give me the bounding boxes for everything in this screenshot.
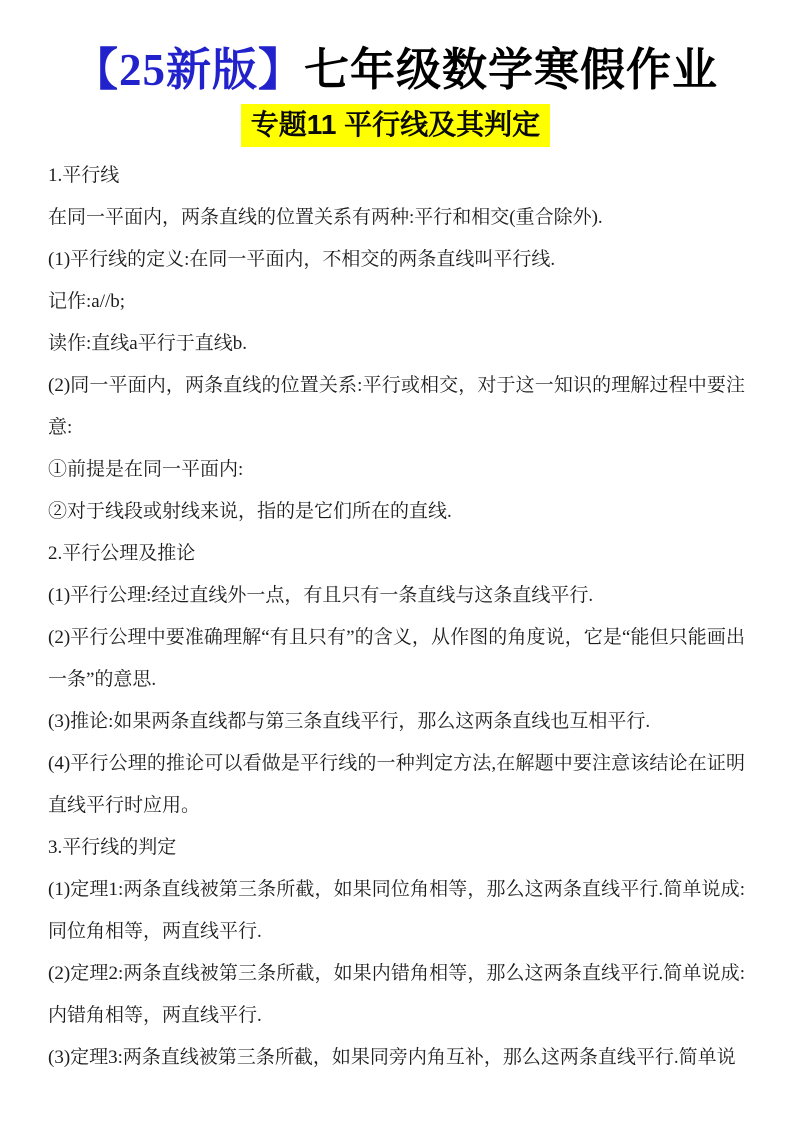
paragraph: (1)平行公理:经过直线外一点，有且只有一条直线与这条直线平行. [48, 575, 745, 617]
paragraph: 2.平行公理及推论 [48, 533, 745, 575]
paragraph: (2)同一平面内，两条直线的位置关系:平行或相交，对于这一知识的理解过程中要注意… [48, 365, 745, 449]
worksheet-page: 【25新版】七年级数学寒假作业 专题11 平行线及其判定 1.平行线在同一平面内… [0, 0, 791, 1122]
paragraph: (4)平行公理的推论可以看做是平行线的一种判定方法,在解题中要注意该结论在证明直… [48, 743, 745, 827]
paragraph: 在同一平面内，两条直线的位置关系有两种:平行和相交(重合除外). [48, 197, 745, 239]
subtitle-row: 专题11 平行线及其判定 [0, 104, 791, 147]
topic-subtitle: 专题11 平行线及其判定 [241, 104, 550, 147]
paragraph: (2)定理2:两条直线被第三条所截，如果内错角相等，那么这两条直线平行.简单说成… [48, 953, 745, 1037]
document-title: 【25新版】七年级数学寒假作业 [0, 40, 791, 100]
paragraph: 1.平行线 [48, 155, 745, 197]
paragraph: ①前提是在同一平面内: [48, 449, 745, 491]
title-main-text: 七年级数学寒假作业 [304, 45, 718, 95]
paragraph: (1)定理1:两条直线被第三条所截，如果同位角相等，那么这两条直线平行.简单说成… [48, 869, 745, 953]
body-text: 1.平行线在同一平面内，两条直线的位置关系有两种:平行和相交(重合除外).(1)… [0, 155, 791, 1079]
paragraph: ②对于线段或射线来说，指的是它们所在的直线. [48, 491, 745, 533]
paragraph: 读作:直线a平行于直线b. [48, 323, 745, 365]
paragraph: 记作:a//b; [48, 281, 745, 323]
paragraph: (3)推论:如果两条直线都与第三条直线平行，那么这两条直线也互相平行. [48, 701, 745, 743]
paragraph: (1)平行线的定义:在同一平面内，不相交的两条直线叫平行线. [48, 239, 745, 281]
paragraph: (2)平行公理中要准确理解“有且只有”的含义，从作图的角度说，它是“能但只能画出… [48, 617, 745, 701]
paragraph: 3.平行线的判定 [48, 827, 745, 869]
title-edition-prefix: 【25新版】 [73, 45, 304, 95]
paragraph: (3)定理3:两条直线被第三条所截，如果同旁内角互补，那么这两条直线平行.简单说 [48, 1037, 745, 1079]
